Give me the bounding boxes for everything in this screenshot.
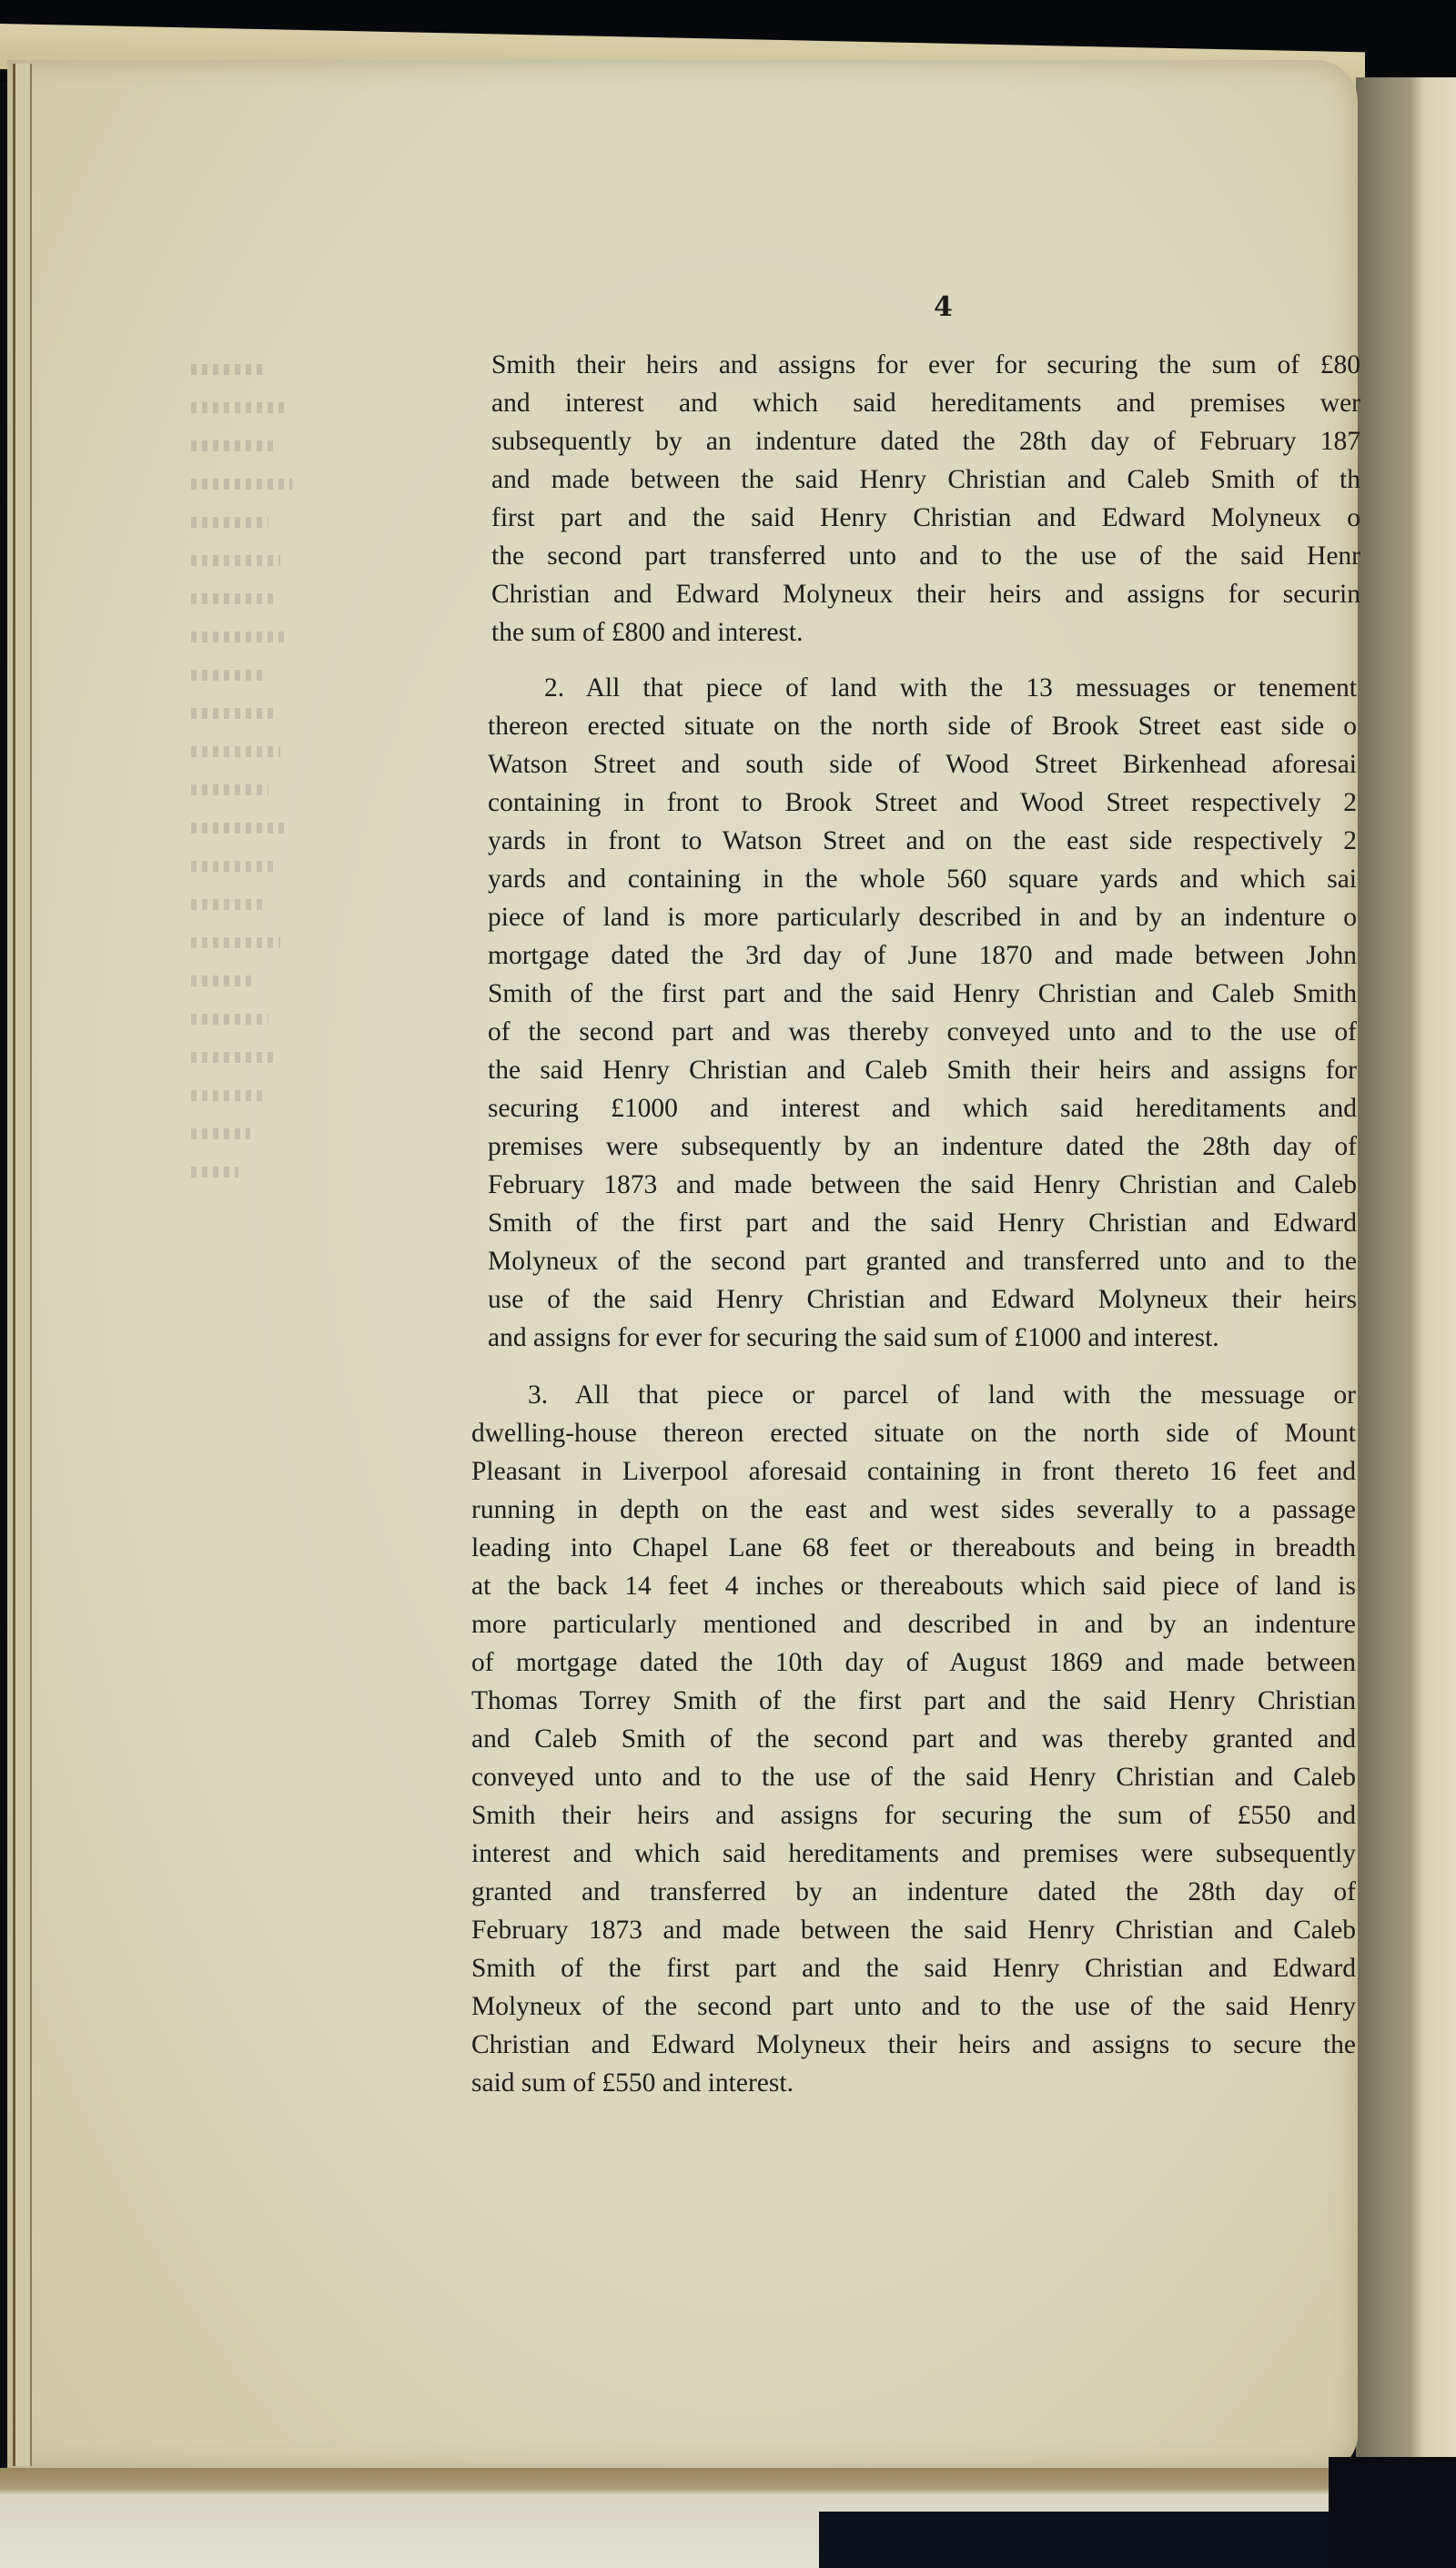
paragraph-item-2: 2. All that piece of land with the 13 me… (488, 669, 1357, 1357)
paragraph-item-3: 3. All that piece or parcel of land with… (471, 1376, 1356, 2102)
adjacent-page-edge (1356, 77, 1456, 2480)
text-line: and assigns for ever for securing the sa… (488, 1319, 1357, 1357)
text-line: Smith their heirs and assigns for ever f… (491, 346, 1360, 384)
text-line: and Caleb Smith of the second part and w… (471, 1720, 1356, 1758)
binding-edge (13, 64, 32, 2466)
text-line: interest and which said hereditaments an… (471, 1835, 1356, 1873)
text-line: running in depth on the east and west si… (471, 1491, 1356, 1529)
text-line: thereon erected situate on the north sid… (488, 707, 1357, 745)
text-line: Smith of the first part and the said Hen… (488, 1204, 1357, 1242)
text-line: premises were subsequently by an indentu… (488, 1127, 1357, 1166)
text-line: of mortgage dated the 10th day of August… (471, 1643, 1356, 1682)
text-line: granted and transferred by an indenture … (471, 1873, 1356, 1911)
text-line: Molyneux of the second part unto and to … (471, 1987, 1356, 2026)
scan-background-corner (1329, 2457, 1456, 2568)
text-line: and made between the said Henry Christia… (491, 460, 1360, 499)
text-line: 3. All that piece or parcel of land with… (471, 1376, 1356, 1414)
text-line: subsequently by an indenture dated the 2… (491, 422, 1360, 460)
text-line: Molyneux of the second part granted and … (488, 1242, 1357, 1280)
text-line: securing £1000 and interest and which sa… (488, 1089, 1357, 1127)
text-line: Watson Street and south side of Wood Str… (488, 745, 1357, 784)
text-line: yards in front to Watson Street and on t… (488, 822, 1357, 860)
text-line: and interest and which said hereditament… (491, 384, 1360, 422)
text-line: piece of land is more particularly descr… (488, 898, 1357, 936)
text-line: 2. All that piece of land with the 13 me… (488, 669, 1357, 707)
text-line: of the second part and was thereby conve… (488, 1013, 1357, 1051)
text-line: leading into Chapel Lane 68 feet or ther… (471, 1529, 1356, 1567)
show-through-text (191, 364, 309, 1365)
text-line: Thomas Torrey Smith of the first part an… (471, 1682, 1356, 1720)
text-line: Christian and Edward Molyneux their heir… (471, 2026, 1356, 2064)
text-line: first part and the said Henry Christian … (491, 499, 1360, 537)
text-line: the said Henry Christian and Caleb Smith… (488, 1051, 1357, 1089)
text-line: February 1873 and made between the said … (471, 1911, 1356, 1949)
paragraph-continuation: Smith their heirs and assigns for ever f… (491, 346, 1360, 652)
text-line: yards and containing in the whole 560 sq… (488, 860, 1357, 898)
text-line: Pleasant in Liverpool aforesaid containi… (471, 1452, 1356, 1491)
text-line: more particularly mentioned and describe… (471, 1605, 1356, 1643)
text-line: February 1873 and made between the said … (488, 1166, 1357, 1204)
text-line: dwelling-house thereon erected situate o… (471, 1414, 1356, 1452)
text-line: Smith of the first part and the said Hen… (488, 975, 1357, 1013)
text-line: said sum of £550 and interest. (471, 2064, 1356, 2102)
text-line: the sum of £800 and interest. (491, 613, 1360, 652)
text-line: Smith of the first part and the said Hen… (471, 1949, 1356, 1987)
page-number: 4 (934, 291, 953, 323)
text-line: at the back 14 feet 4 inches or thereabo… (471, 1567, 1356, 1605)
text-line: containing in front to Brook Street and … (488, 784, 1357, 822)
text-line: Christian and Edward Molyneux their heir… (491, 575, 1360, 613)
text-line: conveyed unto and to the use of the said… (471, 1758, 1356, 1796)
text-line: mortgage dated the 3rd day of June 1870 … (488, 936, 1357, 975)
text-line: the second part transferred unto and to … (491, 537, 1360, 575)
text-line: Smith their heirs and assigns for securi… (471, 1796, 1356, 1835)
text-line: use of the said Henry Christian and Edwa… (488, 1280, 1357, 1319)
